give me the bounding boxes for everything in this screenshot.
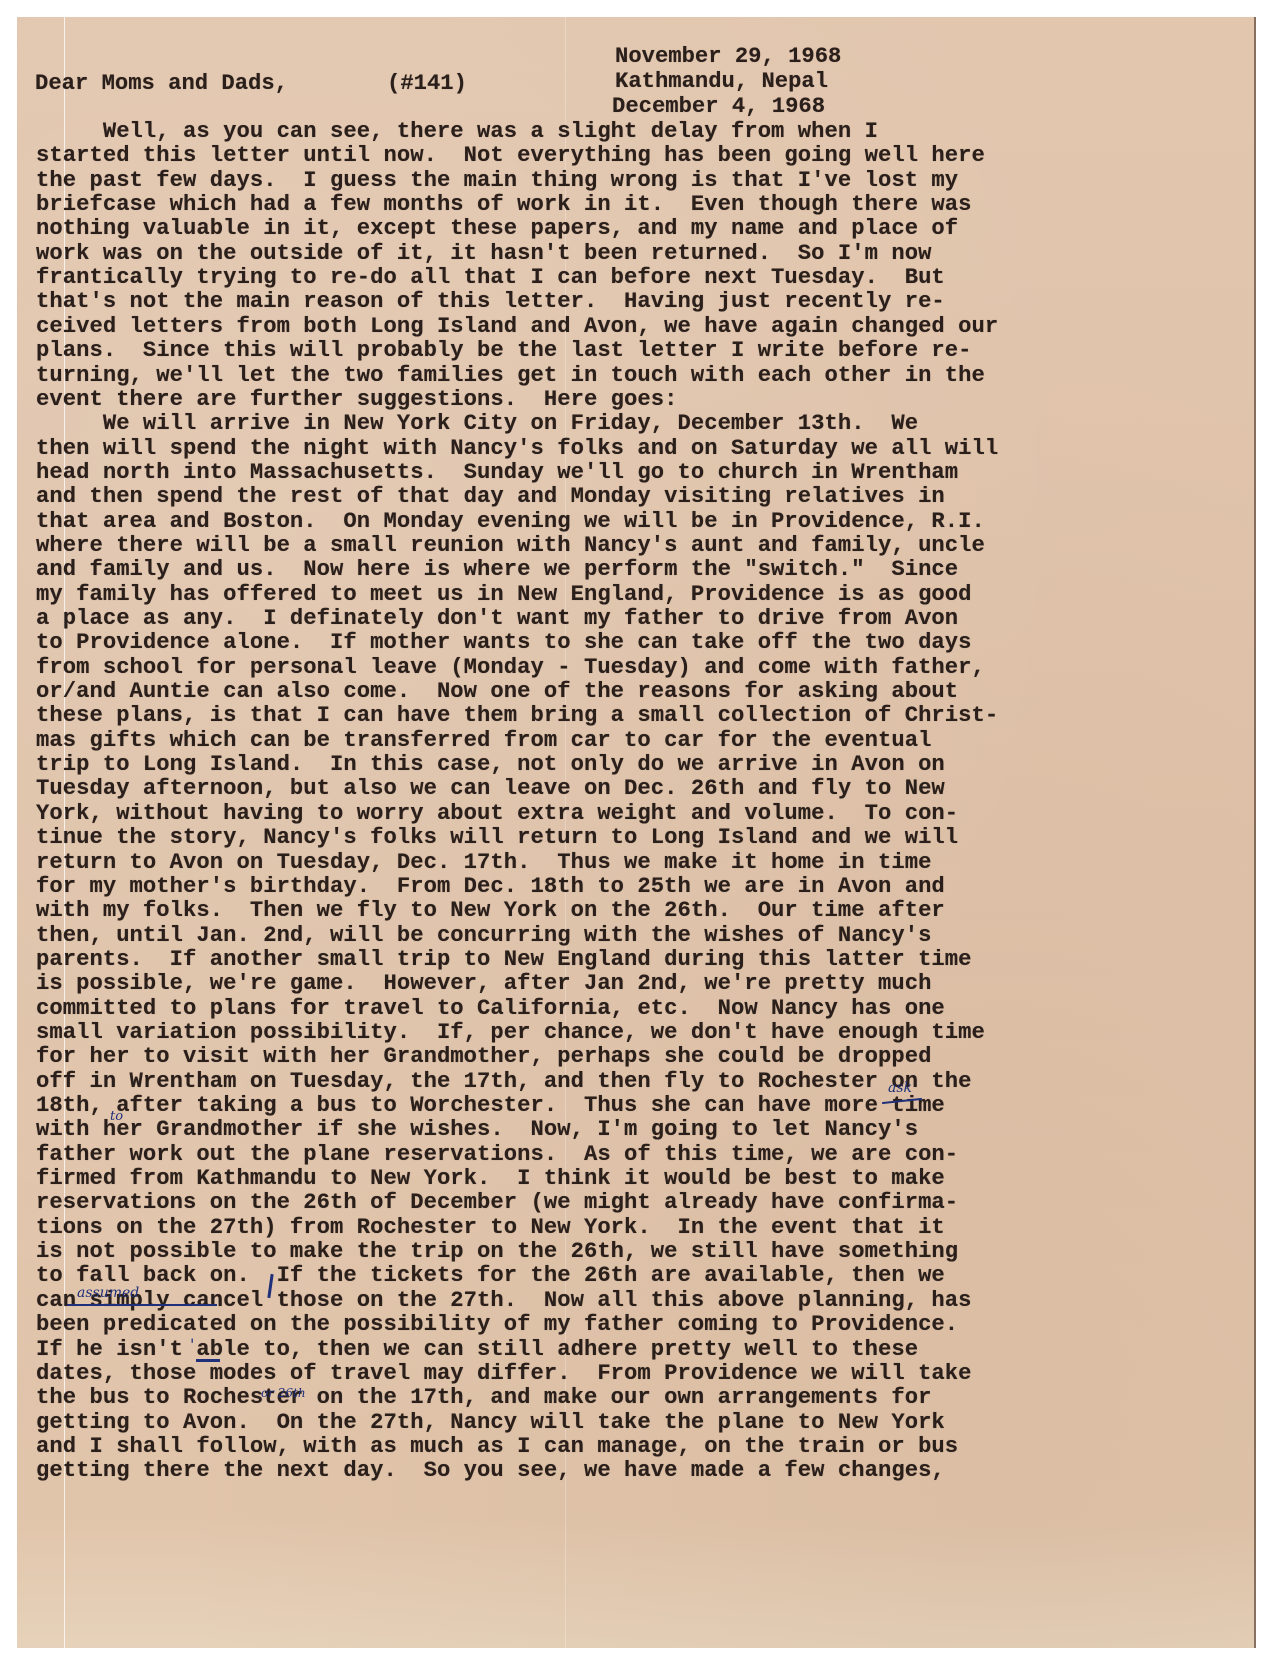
- handwritten-apostrophe: ': [190, 1337, 194, 1353]
- handwritten-assumed: assumed: [77, 1286, 139, 1300]
- body-line: and I shall follow, with as much as I ca…: [36, 1436, 958, 1458]
- handwritten-or-26th: or 26th: [261, 1387, 306, 1399]
- body-line: small variation possibility. If, per cha…: [36, 1022, 985, 1044]
- body-line: firmed from Kathmandu to New York. I thi…: [36, 1168, 945, 1190]
- body-line: Tuesday afternoon, but also we can leave…: [36, 778, 945, 800]
- body-line: getting to Avon. On the 27th, Nancy will…: [36, 1412, 945, 1434]
- body-line: for my mother's birthday. From Dec. 18th…: [36, 876, 945, 898]
- body-line: ceived letters from both Long Island and…: [36, 316, 998, 338]
- page-edge-shadow: [1254, 17, 1256, 1648]
- body-line: trip to Long Island. In this case, not o…: [36, 754, 945, 776]
- date-started: November 29, 1968: [615, 46, 841, 68]
- body-line: can simply cancel those on the 27th. Now…: [36, 1290, 972, 1312]
- body-line: We will arrive in New York City on Frida…: [36, 413, 918, 435]
- body-line: head north into Massachusetts. Sunday we…: [36, 462, 958, 484]
- location: Kathmandu, Nepal: [615, 71, 828, 93]
- body-line: started this letter until now. Not every…: [36, 145, 985, 167]
- body-line: my family has offered to meet us in New …: [36, 584, 972, 606]
- letter-page: November 29, 1968 Dear Moms and Dads, (#…: [17, 17, 1256, 1648]
- body-line: work was on the outside of it, it hasn't…: [36, 243, 931, 265]
- body-line: mas gifts which can be transferred from …: [36, 730, 931, 752]
- body-line: dates, those modes of travel may differ.…: [36, 1363, 972, 1385]
- strikeout-predicated: [67, 1304, 217, 1306]
- body-line: is possible, we're game. However, after …: [36, 973, 931, 995]
- body-line: been predicated on the possibility of my…: [36, 1314, 958, 1336]
- letter-number: (#141): [387, 73, 467, 95]
- body-line: frantically trying to re-do all that I c…: [36, 267, 945, 289]
- handwritten-to: to: [110, 1110, 123, 1123]
- body-line: committed to plans for travel to Califor…: [36, 998, 945, 1020]
- body-line: tinue the story, Nancy's folks will retu…: [36, 827, 958, 849]
- body-line: these plans, is that I can have them bri…: [36, 705, 998, 727]
- body-line: reservations on the 26th of December (we…: [36, 1192, 958, 1214]
- body-line: father work out the plane reservations. …: [36, 1144, 958, 1166]
- body-line: return to Avon on Tuesday, Dec. 17th. Th…: [36, 852, 931, 874]
- body-line: If he isn't able to, then we can still a…: [36, 1339, 918, 1361]
- body-line: and then spend the rest of that day and …: [36, 486, 945, 508]
- body-line: the past few days. I guess the main thin…: [36, 170, 958, 192]
- body-line: then will spend the night with Nancy's f…: [36, 438, 998, 460]
- date-resumed: December 4, 1968: [612, 96, 825, 118]
- body-line: or/and Auntie can also come. Now one of …: [36, 681, 958, 703]
- body-line: plans. Since this will probably be the l…: [36, 340, 972, 362]
- body-line: from school for personal leave (Monday -…: [36, 657, 985, 679]
- body-line: for her to visit with her Grandmother, p…: [36, 1046, 931, 1068]
- body-line: with her Grandmother if she wishes. Now,…: [36, 1119, 918, 1141]
- body-line: with my folks. Then we fly to New York o…: [36, 900, 945, 922]
- handwritten-ask: ask: [888, 1081, 912, 1095]
- body-line: nothing valuable in it, except these pap…: [36, 218, 958, 240]
- body-line: that area and Boston. On Monday evening …: [36, 511, 985, 533]
- body-line: 18th, after taking a bus to Worchester. …: [36, 1095, 945, 1117]
- body-line: off in Wrentham on Tuesday, the 17th, an…: [36, 1071, 972, 1093]
- body-line: parents. If another small trip to New En…: [36, 949, 972, 971]
- strikeout-se: [196, 1359, 220, 1362]
- body-line: where there will be a small reunion with…: [36, 535, 985, 557]
- body-line: the bus to Rochester on the 17th, and ma…: [36, 1387, 931, 1409]
- body-line: and family and us. Now here is where we …: [36, 559, 958, 581]
- body-line: event there are further suggestions. Her…: [36, 389, 678, 411]
- body-line: is not possible to make the trip on the …: [36, 1241, 958, 1263]
- body-line: to fall back on. If the tickets for the …: [36, 1265, 945, 1287]
- body-line: getting there the next day. So you see, …: [36, 1460, 945, 1482]
- body-line: to Providence alone. If mother wants to …: [36, 632, 972, 654]
- body-line: then, until Jan. 2nd, will be concurring…: [36, 925, 931, 947]
- body-line: York, without having to worry about extr…: [36, 803, 958, 825]
- body-line: Well, as you can see, there was a slight…: [36, 121, 878, 143]
- body-line: a place as any. I definately don't want …: [36, 608, 958, 630]
- body-line: briefcase which had a few months of work…: [36, 194, 972, 216]
- body-line: that's not the main reason of this lette…: [36, 291, 945, 313]
- salutation: Dear Moms and Dads,: [35, 73, 288, 95]
- body-line: turning, we'll let the two families get …: [36, 365, 985, 387]
- body-line: tions on the 27th) from Rochester to New…: [36, 1217, 945, 1239]
